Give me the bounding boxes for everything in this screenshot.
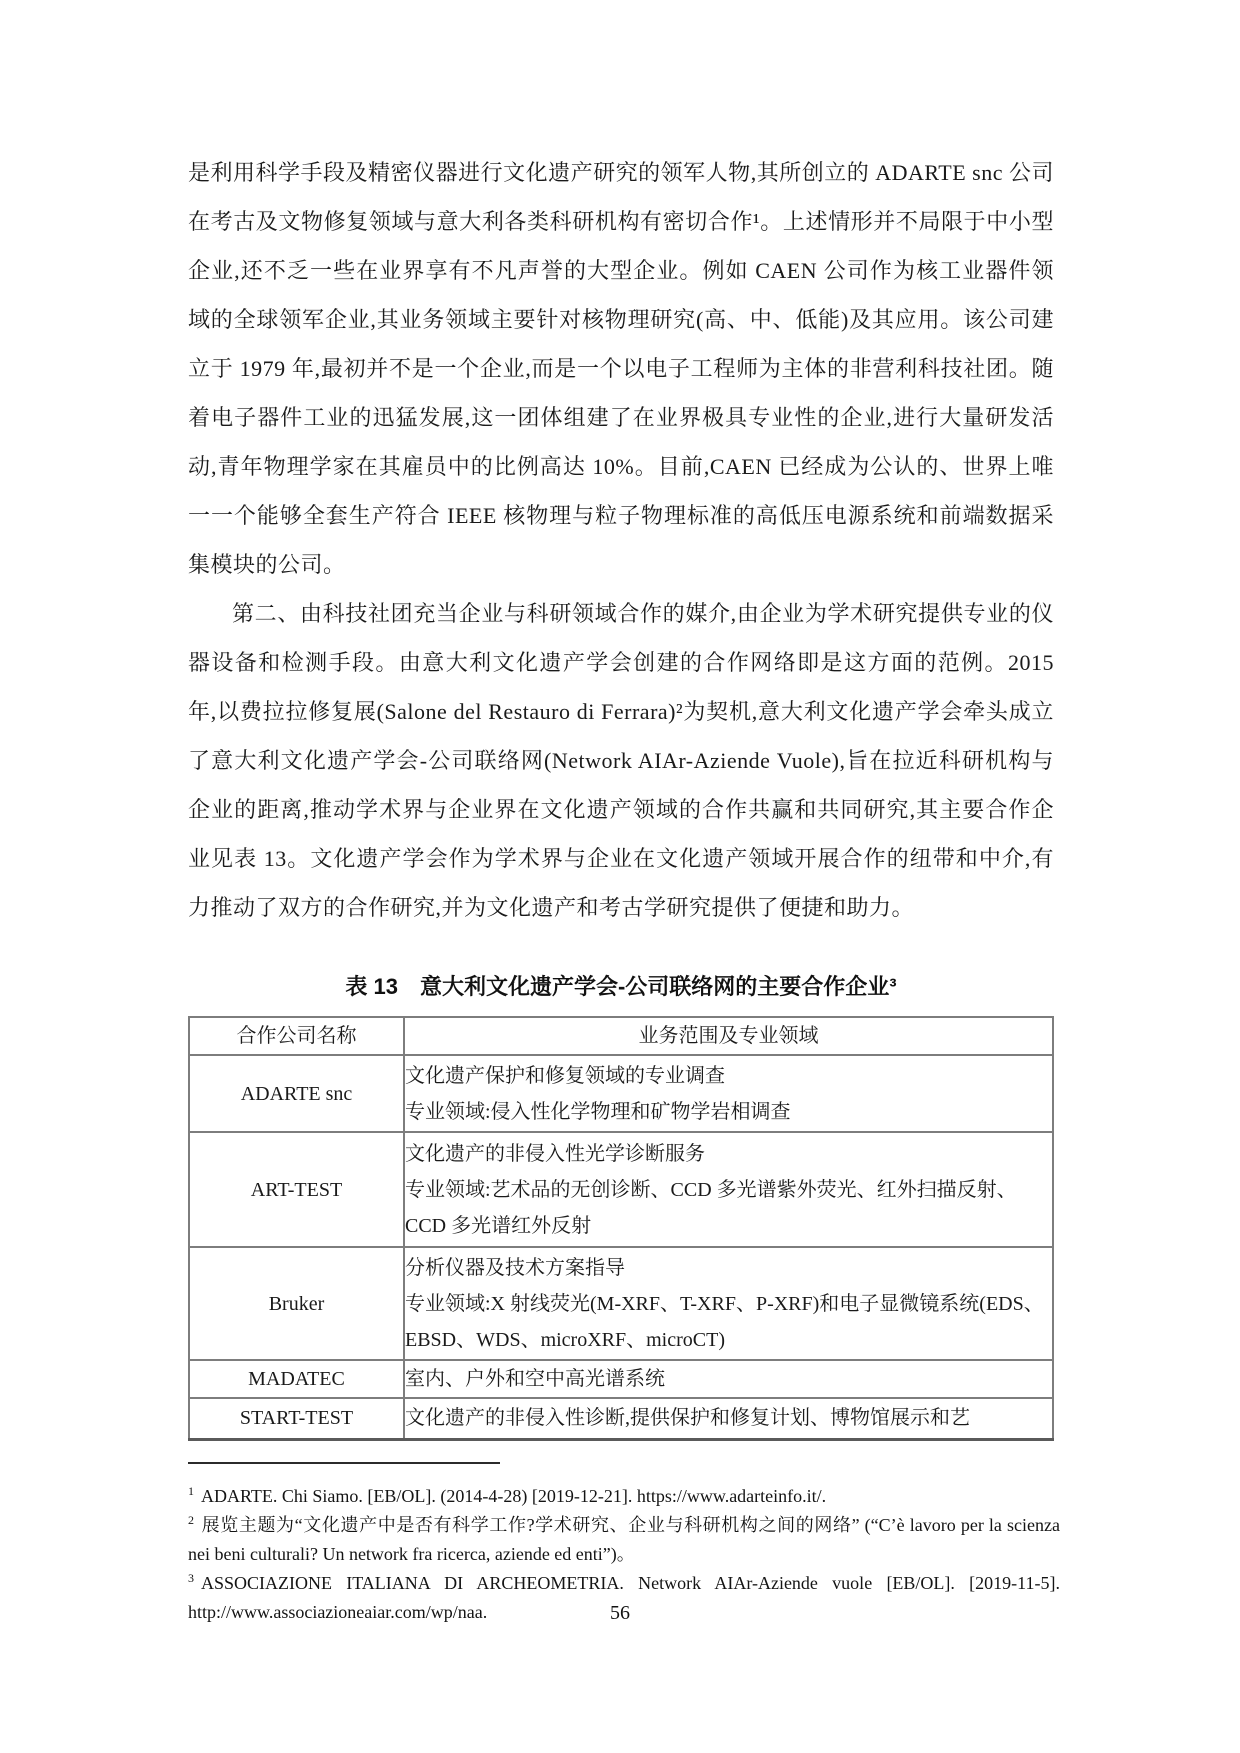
desc-line: 室内、户外和空中高光谱系统 [405, 1361, 1052, 1397]
page-number: 56 [0, 1602, 1240, 1625]
table-row: ART-TEST 文化遗产的非侵入性光学诊断服务 专业领域:艺术品的无创诊断、C… [189, 1132, 1053, 1247]
desc-line: 文化遗产保护和修复领域的专业调查 [405, 1058, 1052, 1094]
table-row: START-TEST 文化遗产的非侵入性诊断,提供保护和修复计划、博物馆展示和艺 [189, 1398, 1053, 1439]
table-row: Bruker 分析仪器及技术方案指导 专业领域:X 射线荧光(M-XRF、T-X… [189, 1247, 1053, 1360]
footnote-marker: 1 [188, 1484, 194, 1498]
desc-line: 专业领域:X 射线荧光(M-XRF、T-XRF、P-XRF)和电子显微镜系统(E… [405, 1286, 1052, 1358]
desc-line: 专业领域:侵入性化学物理和矿物学岩相调查 [405, 1094, 1052, 1130]
paragraph-continued: 是利用科学手段及精密仪器进行文化遗产研究的领军人物,其所创立的 ADARTE s… [188, 148, 1054, 589]
body-text: 是利用科学手段及精密仪器进行文化遗产研究的领军人物,其所创立的 ADARTE s… [188, 148, 1054, 932]
desc-line: 分析仪器及技术方案指导 [405, 1250, 1052, 1286]
footnote: 1ADARTE. Chi Siamo. [EB/OL]. (2014-4-28)… [188, 1482, 1060, 1511]
company-name: Bruker [189, 1247, 404, 1360]
company-desc: 室内、户外和空中高光谱系统 [404, 1360, 1053, 1398]
footnote-marker: 2 [188, 1513, 194, 1527]
footnote-text: ADARTE. Chi Siamo. [EB/OL]. (2014-4-28) … [201, 1486, 826, 1506]
company-name: MADATEC [189, 1360, 404, 1398]
footnote-marker: 3 [188, 1571, 194, 1585]
footnote-separator [188, 1462, 500, 1464]
partners-table: 合作公司名称 业务范围及专业领域 ADARTE snc 文化遗产保护和修复领域的… [188, 1016, 1054, 1441]
table-caption: 表 13 意大利文化遗产学会-公司联络网的主要合作企业³ [188, 972, 1054, 1002]
company-desc: 文化遗产的非侵入性诊断,提供保护和修复计划、博物馆展示和艺 [404, 1398, 1053, 1439]
table-header-company: 合作公司名称 [189, 1017, 404, 1055]
table-header-row: 合作公司名称 业务范围及专业领域 [189, 1017, 1053, 1055]
desc-line: 专业领域:艺术品的无创诊断、CCD 多光谱紫外荧光、红外扫描反射、CCD 多光谱… [405, 1172, 1052, 1244]
footnote: 2展览主题为“文化遗产中是否有科学工作?学术研究、企业与科研机构之间的网络” (… [188, 1511, 1060, 1569]
desc-line: 文化遗产的非侵入性光学诊断服务 [405, 1136, 1052, 1172]
company-name: ART-TEST [189, 1132, 404, 1247]
table-row: MADATEC 室内、户外和空中高光谱系统 [189, 1360, 1053, 1398]
company-desc: 文化遗产的非侵入性光学诊断服务 专业领域:艺术品的无创诊断、CCD 多光谱紫外荧… [404, 1132, 1053, 1247]
footnote-text: 展览主题为“文化遗产中是否有科学工作?学术研究、企业与科研机构之间的网络” (“… [188, 1515, 1060, 1564]
document-page: 是利用科学手段及精密仪器进行文化遗产研究的领军人物,其所创立的 ADARTE s… [0, 0, 1240, 1753]
table-row: ADARTE snc 文化遗产保护和修复领域的专业调查 专业领域:侵入性化学物理… [189, 1055, 1053, 1132]
partners-table-wrap: 合作公司名称 业务范围及专业领域 ADARTE snc 文化遗产保护和修复领域的… [188, 1016, 1054, 1441]
company-name: START-TEST [189, 1398, 404, 1439]
company-desc: 文化遗产保护和修复领域的专业调查 专业领域:侵入性化学物理和矿物学岩相调查 [404, 1055, 1053, 1132]
desc-line: 文化遗产的非侵入性诊断,提供保护和修复计划、博物馆展示和艺 [405, 1400, 1052, 1436]
table-header-scope: 业务范围及专业领域 [404, 1017, 1053, 1055]
paragraph-second-point: 第二、由科技社团充当企业与科研领域合作的媒介,由企业为学术研究提供专业的仪器设备… [188, 589, 1054, 932]
company-desc: 分析仪器及技术方案指导 专业领域:X 射线荧光(M-XRF、T-XRF、P-XR… [404, 1247, 1053, 1360]
company-name: ADARTE snc [189, 1055, 404, 1132]
